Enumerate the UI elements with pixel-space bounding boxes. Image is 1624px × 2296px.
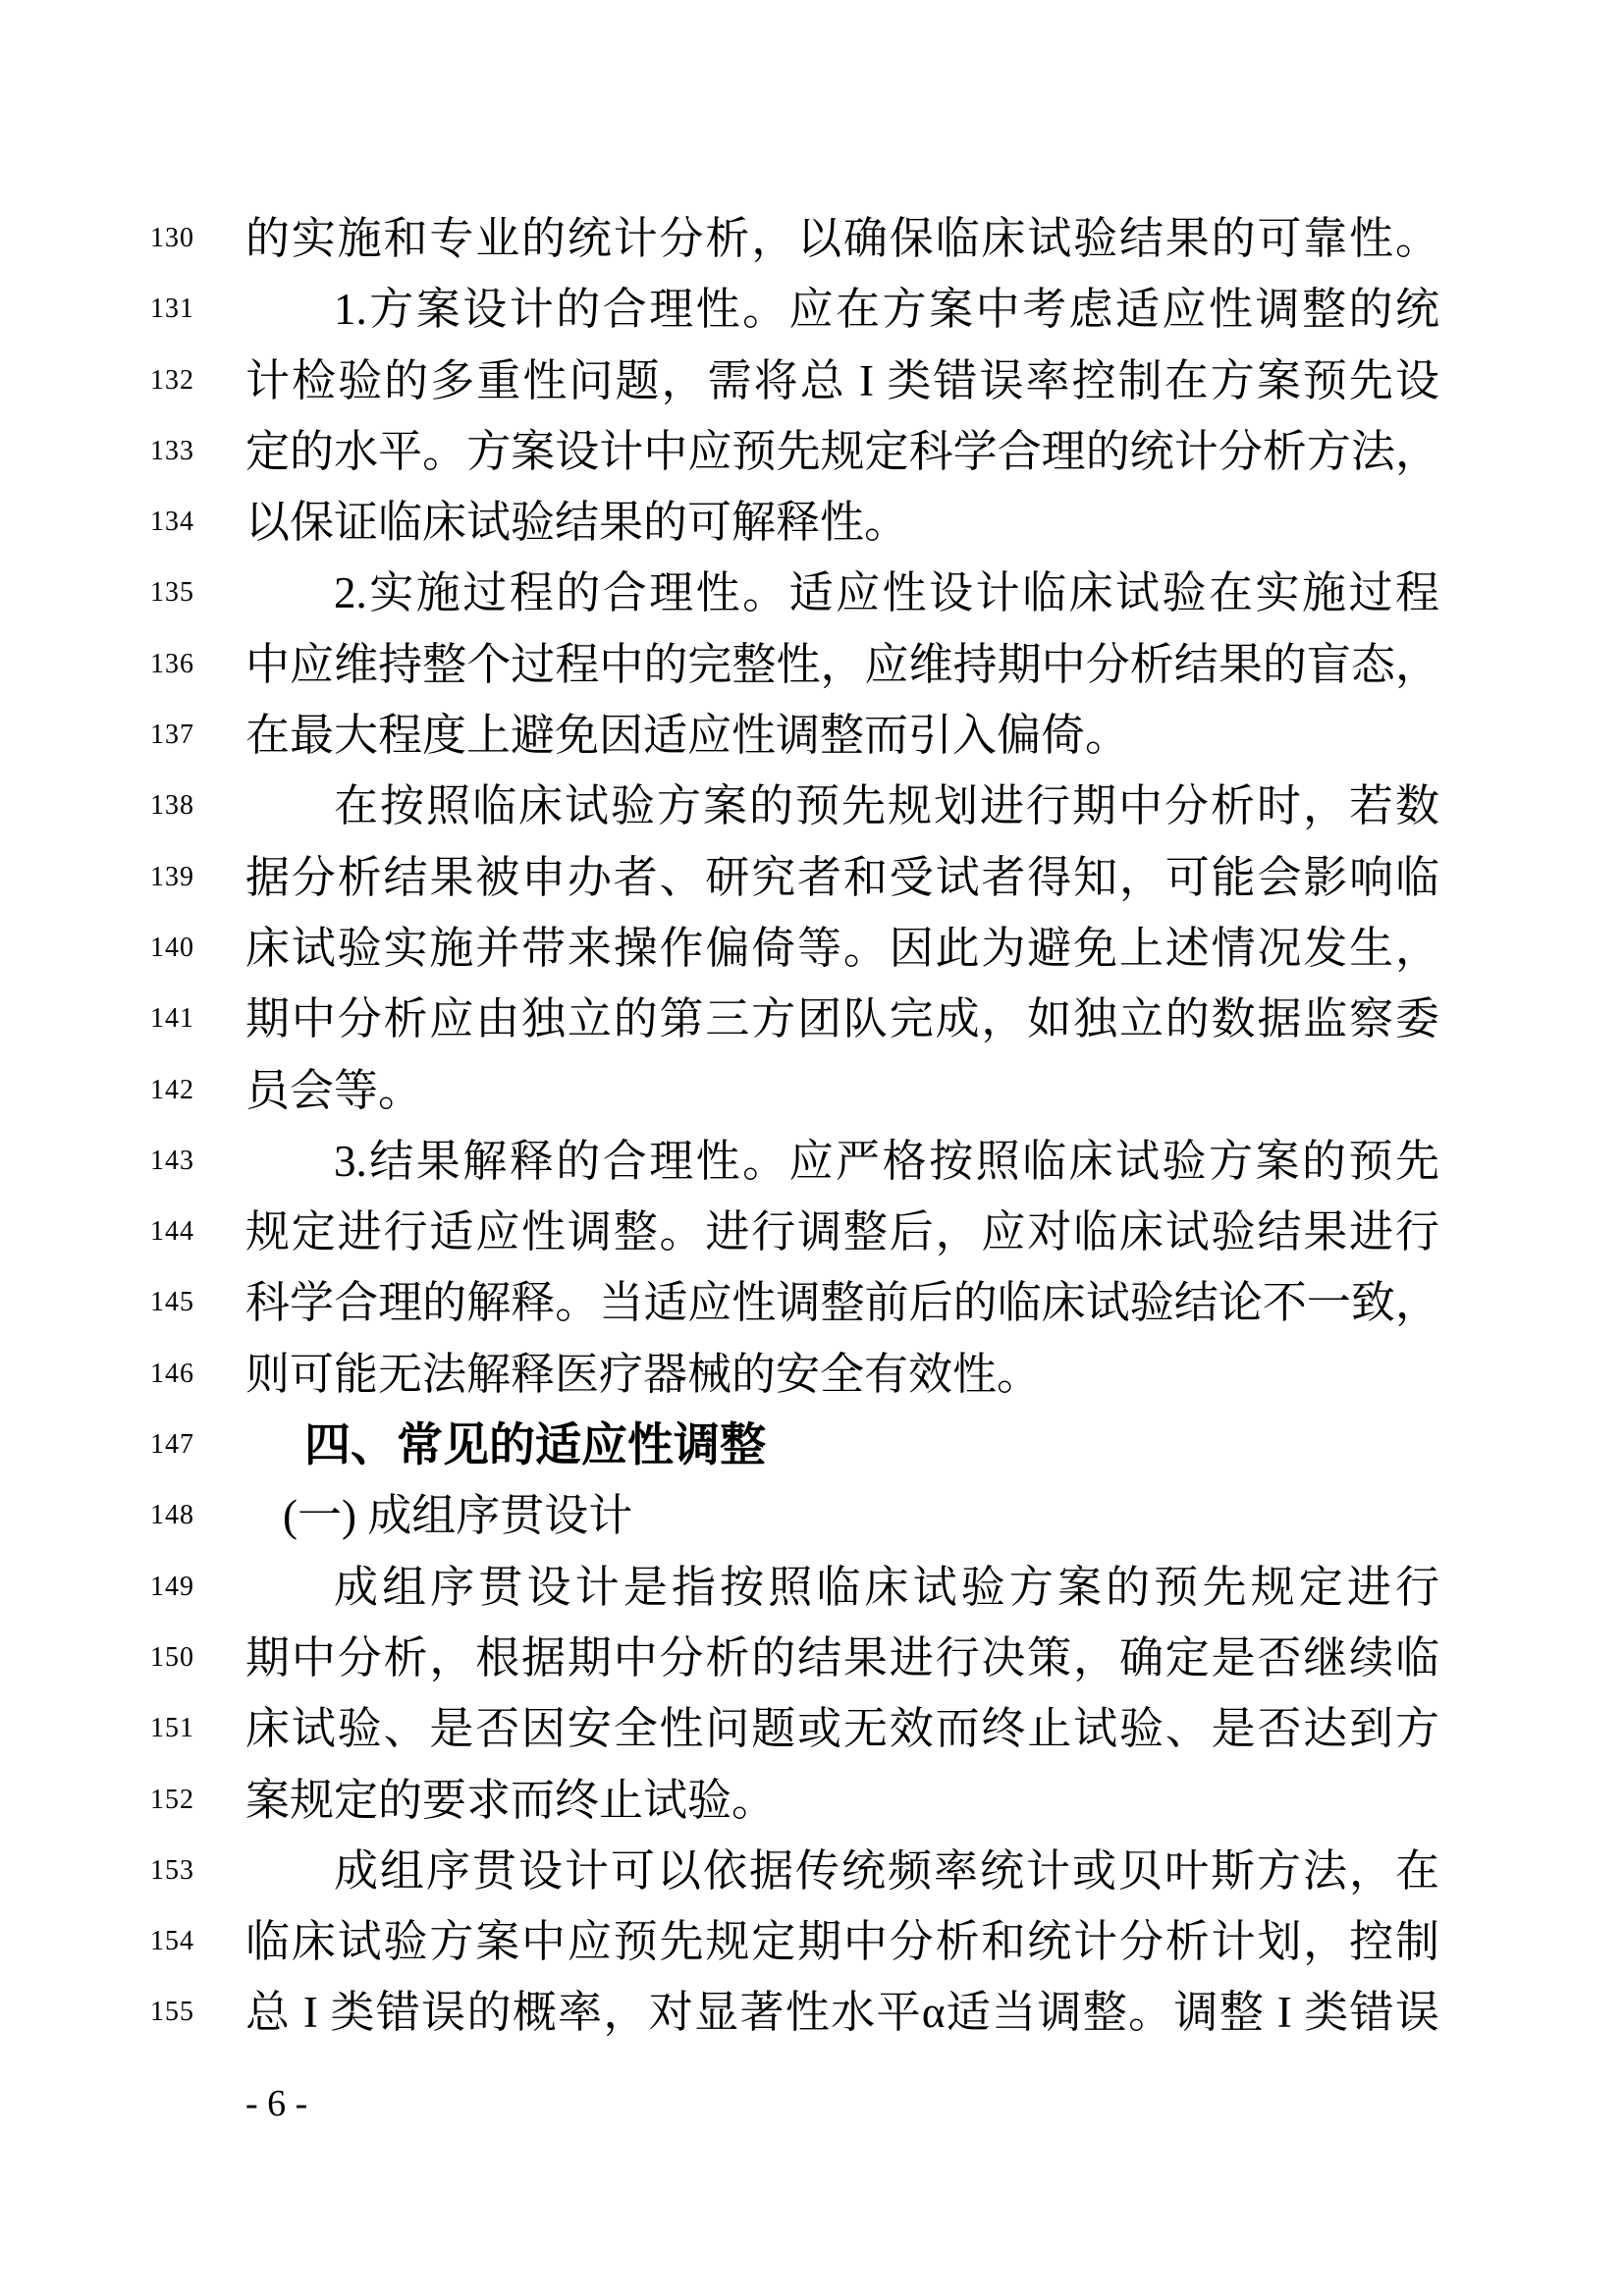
line-text: 规定进行适应性调整。进行调整后，应对临床试验结果进行 bbox=[245, 1197, 1439, 1267]
line-row: 136中应维持整个过程中的完整性，应维持期中分析结果的盲态， bbox=[0, 629, 1624, 700]
line-row: 150期中分析，根据期中分析的结果进行决策，确定是否继续临 bbox=[0, 1623, 1624, 1693]
line-number: 131 bbox=[150, 274, 239, 345]
line-number: 138 bbox=[150, 771, 239, 841]
line-row: 144规定进行适应性调整。进行调整后，应对临床试验结果进行 bbox=[0, 1197, 1624, 1267]
line-text: 期中分析应由独立的第三方团队完成，如独立的数据监察委 bbox=[245, 984, 1439, 1054]
line-row: 149成组序贯设计是指按照临床试验方案的预先规定进行 bbox=[0, 1552, 1624, 1623]
line-text: 据分析结果被申办者、研究者和受试者得知，可能会影响临 bbox=[245, 842, 1439, 913]
line-number: 143 bbox=[150, 1126, 239, 1197]
line-text: 在最大程度上避免因适应性调整而引入偏倚。 bbox=[245, 700, 1439, 771]
line-text: 床试验、是否因安全性问题或无效而终止试验、是否达到方 bbox=[245, 1693, 1439, 1764]
line-text: 则可能无法解释医疗器械的安全有效性。 bbox=[245, 1339, 1439, 1410]
line-row: 153成组序贯设计可以依据传统频率统计或贝叶斯方法，在 bbox=[0, 1836, 1624, 1906]
line-text: 员会等。 bbox=[245, 1055, 1439, 1126]
line-number: 141 bbox=[150, 984, 239, 1054]
line-number: 132 bbox=[150, 346, 239, 416]
line-text: 的实施和专业的统计分析，以确保临床试验结果的可靠性。 bbox=[245, 203, 1439, 274]
line-row: 141期中分析应由独立的第三方团队完成，如独立的数据监察委 bbox=[0, 984, 1624, 1054]
line-row: 154临床试验方案中应预先规定期中分析和统计分析计划，控制 bbox=[0, 1906, 1624, 1977]
line-row: 132计检验的多重性问题，需将总 I 类错误率控制在方案预先设 bbox=[0, 346, 1624, 416]
line-row: 152案规定的要求而终止试验。 bbox=[0, 1765, 1624, 1836]
line-number: 154 bbox=[150, 1906, 239, 1977]
line-row: 148(一) 成组序贯设计 bbox=[0, 1480, 1624, 1551]
line-number: 149 bbox=[150, 1552, 239, 1623]
line-row: 155总 I 类错误的概率，对显著性水平α适当调整。调整 I 类错误 bbox=[0, 1977, 1624, 2048]
line-number: 142 bbox=[150, 1055, 239, 1126]
line-text: 3.结果解释的合理性。应严格按照临床试验方案的预先 bbox=[245, 1126, 1439, 1197]
line-number: 135 bbox=[150, 558, 239, 628]
document-body: 130的实施和专业的统计分析，以确保临床试验结果的可靠性。 1311.方案设计的… bbox=[0, 203, 1624, 2049]
line-number: 136 bbox=[150, 629, 239, 700]
line-number: 140 bbox=[150, 913, 239, 984]
line-number: 150 bbox=[150, 1623, 239, 1693]
line-row: 1352.实施过程的合理性。适应性设计临床试验在实施过程 bbox=[0, 558, 1624, 628]
line-text: 案规定的要求而终止试验。 bbox=[245, 1765, 1439, 1836]
line-number: 130 bbox=[150, 203, 239, 274]
line-text: 计检验的多重性问题，需将总 I 类错误率控制在方案预先设 bbox=[245, 346, 1439, 416]
line-number: 134 bbox=[150, 487, 239, 558]
line-row: 151床试验、是否因安全性问题或无效而终止试验、是否达到方 bbox=[0, 1693, 1624, 1764]
line-number: 137 bbox=[150, 700, 239, 771]
line-row: 145科学合理的解释。当适应性调整前后的临床试验结论不一致， bbox=[0, 1267, 1624, 1338]
line-text: 定的水平。方案设计中应预先规定科学合理的统计分析方法， bbox=[245, 416, 1439, 487]
line-text: 以保证临床试验结果的可解释性。 bbox=[245, 487, 1439, 558]
line-number: 152 bbox=[150, 1765, 239, 1836]
line-text: 科学合理的解释。当适应性调整前后的临床试验结论不一致， bbox=[245, 1267, 1439, 1338]
line-row: 1311.方案设计的合理性。应在方案中考虑适应性调整的统 bbox=[0, 274, 1624, 345]
line-number: 151 bbox=[150, 1693, 239, 1764]
document-page: 130的实施和专业的统计分析，以确保临床试验结果的可靠性。 1311.方案设计的… bbox=[0, 0, 1624, 2296]
line-row: 142员会等。 bbox=[0, 1055, 1624, 1126]
subsection-heading: (一) 成组序贯设计 bbox=[245, 1480, 1439, 1551]
line-row: 133定的水平。方案设计中应预先规定科学合理的统计分析方法， bbox=[0, 416, 1624, 487]
line-row: 138在按照临床试验方案的预先规划进行期中分析时，若数 bbox=[0, 771, 1624, 841]
line-row: 147四、常见的适应性调整 bbox=[0, 1410, 1624, 1480]
line-number: 146 bbox=[150, 1339, 239, 1410]
line-row: 146则可能无法解释医疗器械的安全有效性。 bbox=[0, 1339, 1624, 1410]
line-row: 134以保证临床试验结果的可解释性。 bbox=[0, 487, 1624, 558]
page-number: - 6 - bbox=[245, 2082, 307, 2125]
line-text: 1.方案设计的合理性。应在方案中考虑适应性调整的统 bbox=[245, 274, 1439, 345]
line-text: 临床试验方案中应预先规定期中分析和统计分析计划，控制 bbox=[245, 1906, 1439, 1977]
line-number: 147 bbox=[150, 1410, 239, 1480]
line-row: 140床试验实施并带来操作偏倚等。因此为避免上述情况发生， bbox=[0, 913, 1624, 984]
line-number: 155 bbox=[150, 1977, 239, 2048]
section-heading: 四、常见的适应性调整 bbox=[245, 1410, 1439, 1480]
line-text: 中应维持整个过程中的完整性，应维持期中分析结果的盲态， bbox=[245, 629, 1439, 700]
line-text: 期中分析，根据期中分析的结果进行决策，确定是否继续临 bbox=[245, 1623, 1439, 1693]
line-row: 137在最大程度上避免因适应性调整而引入偏倚。 bbox=[0, 700, 1624, 771]
line-text: 成组序贯设计是指按照临床试验方案的预先规定进行 bbox=[245, 1552, 1439, 1623]
line-row: 1433.结果解释的合理性。应严格按照临床试验方案的预先 bbox=[0, 1126, 1624, 1197]
line-number: 145 bbox=[150, 1267, 239, 1338]
line-number: 133 bbox=[150, 416, 239, 487]
line-row: 139据分析结果被申办者、研究者和受试者得知，可能会影响临 bbox=[0, 842, 1624, 913]
line-number: 148 bbox=[150, 1480, 239, 1551]
line-text: 床试验实施并带来操作偏倚等。因此为避免上述情况发生， bbox=[245, 913, 1439, 984]
line-row: 130的实施和专业的统计分析，以确保临床试验结果的可靠性。 bbox=[0, 203, 1624, 274]
line-text: 在按照临床试验方案的预先规划进行期中分析时，若数 bbox=[245, 771, 1439, 841]
line-number: 139 bbox=[150, 842, 239, 913]
line-text: 总 I 类错误的概率，对显著性水平α适当调整。调整 I 类错误 bbox=[245, 1977, 1439, 2048]
line-text: 成组序贯设计可以依据传统频率统计或贝叶斯方法，在 bbox=[245, 1836, 1439, 1906]
line-number: 153 bbox=[150, 1836, 239, 1906]
line-text: 2.实施过程的合理性。适应性设计临床试验在实施过程 bbox=[245, 558, 1439, 628]
line-number: 144 bbox=[150, 1197, 239, 1267]
